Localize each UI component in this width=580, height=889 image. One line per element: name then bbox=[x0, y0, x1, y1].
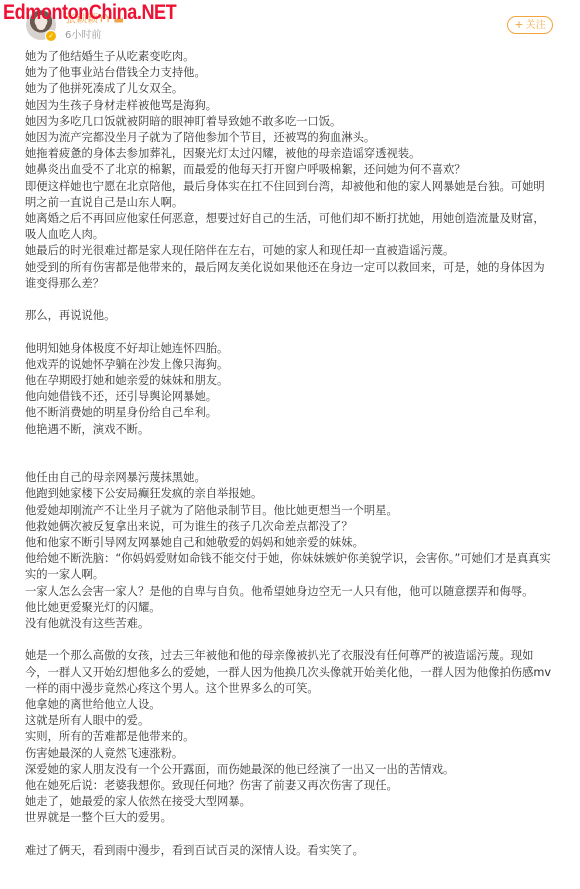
verified-badge-icon: ✓ bbox=[45, 30, 57, 42]
post-paragraph: 他不断消费她的明星身份给自己牟利。 bbox=[25, 405, 555, 421]
post-paragraph: 一家人怎么会害一家人？是他的自卑与自负。他希望她身边空无一人只有他，他可以随意摆… bbox=[25, 584, 555, 600]
post-paragraph: 她为了他拼死凑成了儿女双全。 bbox=[25, 81, 555, 97]
blank-line bbox=[25, 324, 555, 340]
post-paragraph: 她为了他事业站台借钱全力支持他。 bbox=[25, 65, 555, 81]
post-paragraph: 她受到的所有伤害都是他带来的，最后网友美化说如果他还在身边一定可以救回来，可是，… bbox=[25, 260, 555, 292]
post-paragraph: 他明知她身体极度不好却让她连怀四胎。 bbox=[25, 341, 555, 357]
post-paragraph: 她因为生孩子身材走样被他骂是海狗。 bbox=[25, 98, 555, 114]
post-paragraph: 这就是所有人眼中的爱。 bbox=[25, 713, 555, 729]
post-timestamp[interactable]: 6小时前 bbox=[65, 30, 101, 42]
post-paragraph: 即便这样她也宁愿在北京陪他，最后身体实在扛不住回到台湾，却被他和他的家人网暴她是… bbox=[25, 179, 555, 211]
blank-line bbox=[25, 292, 555, 308]
post-paragraph: 实则，所有的苦难都是他带来的。 bbox=[25, 729, 555, 745]
post-paragraph: 她离婚之后不再回应他家任何恶意，想要过好自己的生活，可他们却不断打扰她，用她创造… bbox=[25, 211, 555, 243]
post-paragraph: 她走了，她最爱的家人依然在接受大型网暴。 bbox=[25, 794, 555, 810]
follow-button[interactable]: +关注 bbox=[507, 16, 553, 34]
follow-label: 关注 bbox=[526, 20, 546, 31]
post-body: 她为了他结婚生子从吃素变吃肉。她为了他事业站台借钱全力支持他。她为了他拼死凑成了… bbox=[25, 49, 555, 859]
post-paragraph: 伤害她最深的人竟然飞速涨粉。 bbox=[25, 746, 555, 762]
post-paragraph: 他给她不断洗脑：“你妈妈爱财如命钱不能交付于她，你妹妹嫉妒你美貌学识，会害你。”… bbox=[25, 551, 555, 583]
post-paragraph: 他比她更爱聚光灯的闪耀。 bbox=[25, 600, 555, 616]
blank-line bbox=[25, 454, 555, 470]
post-paragraph: 他艳遇不断，演戏不断。 bbox=[25, 422, 555, 438]
post-paragraph: 他在她死后说：老婆我想你。致现任何地？伤害了前妻又再次伤害了现任。 bbox=[25, 778, 555, 794]
post-paragraph: 她为了他结婚生子从吃素变吃肉。 bbox=[25, 49, 555, 65]
post-paragraph: 他任由自己的母亲网暴污蔑抹黑她。 bbox=[25, 470, 555, 486]
watermark: EdmontonChina.NET bbox=[3, 1, 176, 25]
post-paragraph: 她是一个那么高傲的女孩，过去三年被他和他的母亲像被扒光了衣服没有任何尊严的被造谣… bbox=[25, 648, 555, 697]
post-paragraph: 那么，再说说他。 bbox=[25, 308, 555, 324]
post-paragraph: 难过了俩天，看到雨中漫步，看到百试百灵的深情人设。看实笑了。 bbox=[25, 843, 555, 859]
post-paragraph: 她最后的时光很难过都是家人现任陪伴在左右，可她的家人和现任却一直被造谣污蔑。 bbox=[25, 243, 555, 259]
post-paragraph: 没有他就没有这些苦难。 bbox=[25, 616, 555, 632]
post-paragraph: 他在孕期殴打她和她亲爱的妹妹和朋友。 bbox=[25, 373, 555, 389]
post-paragraph: 她因为多吃几口饭就被阴暗的眼神盯着导致她不敢多吃一口饭。 bbox=[25, 114, 555, 130]
post-paragraph: 他和他家不断引导网友网暴她自己和她敬爱的妈妈和她亲爱的妹妹。 bbox=[25, 535, 555, 551]
post-paragraph: 他救她俩次被反复拿出来说，可为谁生的孩子几次命差点都没了？ bbox=[25, 519, 555, 535]
blank-line bbox=[25, 632, 555, 648]
post-paragraph: 世界就是一整个巨大的爱男。 bbox=[25, 810, 555, 826]
post-paragraph: 他爱她却刚流产不让坐月子就为了陪他录制节目。他比她更想当一个明星。 bbox=[25, 503, 555, 519]
post-paragraph: 她鼻炎出血受不了北京的棉絮，而最爱的他每天打开窗户呼吸棉絮，还问她为何不喜欢？ bbox=[25, 162, 555, 178]
blank-line bbox=[25, 438, 555, 454]
plus-icon: + bbox=[514, 18, 523, 31]
post-paragraph: 他拿她的离世给他立人设。 bbox=[25, 697, 555, 713]
post-paragraph: 深爱她的家人朋友没有一个公开露面，而伤她最深的他已经演了一出又一出的苦情戏。 bbox=[25, 762, 555, 778]
blank-line bbox=[25, 827, 555, 843]
post-paragraph: 她因为流产完都没坐月子就为了陪他参加个节目，还被骂的狗血淋头。 bbox=[25, 130, 555, 146]
post-paragraph: 她拖着疲惫的身体去参加葬礼，因聚光灯太过闪耀，被他的母亲造谣穿透视装。 bbox=[25, 146, 555, 162]
post-paragraph: 他向她借钱不还，还引导舆论网暴她。 bbox=[25, 389, 555, 405]
post-paragraph: 他跑到她家楼下公安局癫狂发疯的亲自举报她。 bbox=[25, 486, 555, 502]
post-paragraph: 他戏弄的说她怀孕躺在沙发上像只海狗。 bbox=[25, 357, 555, 373]
